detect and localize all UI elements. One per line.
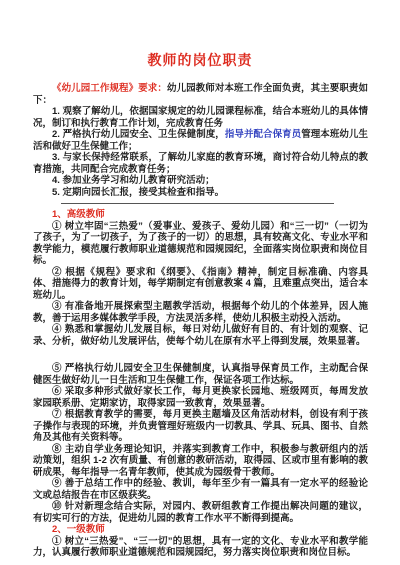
text-run: 2、一级教师 [52, 524, 105, 535]
paragraph: ⑨ 善于总结工作中的经验、教训，每年至少有一篇具有一定水平的经验论文或总结报告在… [33, 478, 368, 501]
paragraph: 3. 与家长保持经常联系，了解幼儿家庭的教育环境，商讨符合幼儿特点的教育措施，共… [33, 152, 368, 175]
text-run: 4. 参加业务学习和幼儿教育研究活动； [52, 175, 215, 186]
paragraph: ⑦ 根据教育教学的需要，每月更换主题墙及区角活动材料，创设有利于孩子操作与表现的… [33, 409, 368, 444]
text-run: 1、高级教师 [52, 209, 105, 220]
text-run: ⑨ 善于总结工作中的经验、教训，每年至少有一篇具有一定水平的经验论文或总结报告在… [33, 478, 368, 501]
paragraph: ① 树立牢固“三热爱”（爱事业、爱孩子、爱幼儿园）和“三一切”（一切为了孩子，为… [33, 221, 368, 267]
text-run: 2. 严格执行幼儿园安全、卫生保健制度， [52, 129, 225, 140]
paragraph: 1. 观察了解幼儿，依据国家规定的幼儿园课程标准，结合本班幼儿的具体情况，制订和… [33, 106, 368, 129]
document-title: 教师的岗位职责 [0, 0, 400, 70]
text-run: ② 根据《规程》要求和《纲要》、《指南》精神，制定目标准确、内容具体、措施得力的… [33, 267, 368, 301]
text-run: ⑧ 主动自学业务理论知识，并落实到教育工作中，积极参与教研组内的活动策划，组织 … [33, 444, 368, 478]
text-run: ⑥ 采取多种形式做好家长工作，每月更换家长园地、班级网页，每周发放家园联系册、定… [33, 386, 368, 409]
paragraph: ④ 熟悉和掌握幼儿发展目标，每日对幼儿做好有目的、有计划的观察、记录、分析，做好… [33, 324, 368, 347]
paragraph: ⑥ 采取多种形式做好家长工作，每月更换家长园地、班级网页，每周发放家园联系册、定… [33, 386, 368, 409]
text-run: ① 树立牢固“三热爱”（爱事业、爱孩子、爱幼儿园）和“三一切”（一切为了孩子，为… [33, 221, 368, 267]
paragraph: ⑧ 主动自学业务理论知识，并落实到教育工作中，积极参与教研组内的活动策划，组织 … [33, 444, 368, 479]
text-run: ⑤ 严格执行幼儿园安全卫生保健制度，认真指导保育员工作，主动配合保健医生做好幼儿… [33, 363, 368, 386]
text-run: 《幼儿园工作规程》要求： [52, 83, 167, 94]
text-run: 指导并配合保育员 [225, 129, 301, 140]
paragraph: 5. 定期向园长汇报，接受其检查和指导。 [33, 187, 368, 199]
paragraph: ③ 有准备地开展探索型主题教学活动，根据每个幼儿的个体差异，因人施教，善于运用多… [33, 301, 368, 324]
paragraph-spacer [33, 347, 368, 363]
paragraph: ② 根据《规程》要求和《纲要》、《指南》精神，制定目标准确、内容具体、措施得力的… [33, 267, 368, 302]
paragraph: 2、一级教师 [33, 524, 368, 536]
paragraph: 1、高级教师 [33, 209, 368, 221]
text-run: 1. 观察了解幼儿，依据国家规定的幼儿园课程标准，结合本班幼儿的具体情况，制订和… [33, 106, 368, 129]
document-page: 教师的岗位职责 《幼儿园工作规程》要求：幼儿园教师对本班工作全面负责，其主要职责… [0, 0, 400, 565]
text-run: ① 树立“三热爱”、“三一切”的思想，具有一定的文化、专业水平和教学能力，认真履… [33, 536, 368, 559]
paragraph: 《幼儿园工作规程》要求：幼儿园教师对本班工作全面负责，其主要职责如下： [33, 83, 368, 106]
text-run: ⑩ 针对新理念结合实际，对园内、教研组教育工作提出解决问题的建议，有切实可行的方… [33, 501, 368, 524]
text-run: ③ 有准备地开展探索型主题教学活动，根据每个幼儿的个体差异，因人施教，善于运用多… [33, 301, 368, 324]
text-run: 5. 定期向园长汇报，接受其检查和指导。 [52, 187, 224, 198]
paragraph: ⑤ 严格执行幼儿园安全卫生保健制度，认真指导保育员工作，主动配合保健医生做好幼儿… [33, 363, 368, 386]
paragraph: 2. 严格执行幼儿园安全、卫生保健制度，指导并配合保育员管理本班幼儿生活和做好卫… [33, 129, 368, 152]
text-run: ⑦ 根据教育教学的需要，每月更换主题墙及区角活动材料，创设有利于孩子操作与表现的… [33, 409, 368, 443]
paragraph: ⑩ 针对新理念结合实际，对园内、教研组教育工作提出解决问题的建议，有切实可行的方… [33, 501, 368, 524]
text-run: 3. 与家长保持经常联系，了解幼儿家庭的教育环境，商讨符合幼儿特点的教育措施，共… [33, 152, 368, 175]
paragraph: ① 树立“三热爱”、“三一切”的思想，具有一定的文化、专业水平和教学能力，认真履… [33, 536, 368, 559]
text-run: ④ 熟悉和掌握幼儿发展目标，每日对幼儿做好有目的、有计划的观察、记录、分析，做好… [33, 324, 368, 347]
document-body: 《幼儿园工作规程》要求：幼儿园教师对本班工作全面负责，其主要职责如下：1. 观察… [33, 83, 368, 559]
section-divider [61, 203, 334, 204]
paragraph: 4. 参加业务学习和幼儿教育研究活动； [33, 175, 368, 187]
